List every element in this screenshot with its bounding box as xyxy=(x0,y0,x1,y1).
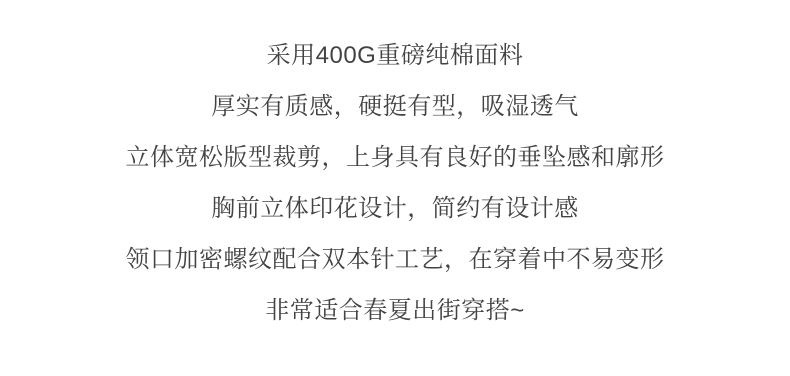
description-line-fit: 立体宽松版型裁剪，上身具有良好的垂坠感和廓形 xyxy=(126,146,665,170)
description-line-season: 非常适合春夏出街穿搭~ xyxy=(265,299,525,323)
description-line-fabric: 采用400G重磅纯棉面料 xyxy=(267,44,524,68)
description-line-collar: 领口加密螺纹配合双本针工艺，在穿着中不易变形 xyxy=(126,248,665,272)
description-line-print: 胸前立体印花设计，简约有设计感 xyxy=(211,197,579,221)
product-description-block: 采用400G重磅纯棉面料 厚实有质感，硬挺有型，吸湿透气 立体宽松版型裁剪，上身… xyxy=(0,0,790,376)
description-line-texture: 厚实有质感，硬挺有型，吸湿透气 xyxy=(211,95,579,119)
